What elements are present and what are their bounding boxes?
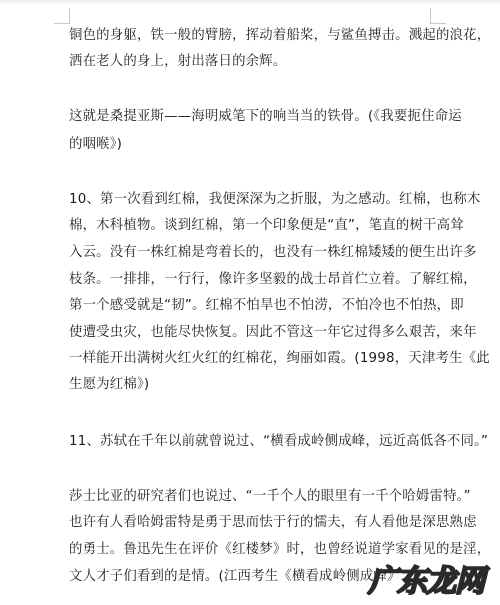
text-line: 这就是桑提亚斯——海明威笔下的响当当的铁骨。(《我要扼住命运 [69, 108, 462, 126]
text-line: 使遭受虫灾，也能尽快恢复。因此不管这一年它过得多么艰苦，来年 [69, 324, 477, 342]
text-line: 铜色的身躯，铁一般的臂膀，挥动着船桨，与鲨鱼搏击。溅起的浪花， [69, 27, 490, 45]
text-line: 10、第一次看到红棉，我便深深为之折服，为之感动。红棉，也称木 [69, 191, 481, 209]
text-line: 入云。没有一株红棉是弯着长的，也没有一株红棉矮矮的便生出许多 [69, 244, 477, 262]
text-line: 一样能开出满树火红火红的红棉花，绚丽如霞。(1998，天津考生《此 [69, 350, 490, 368]
page-top-shadow [0, 0, 500, 4]
text-line: 生愿为红棉》) [69, 376, 149, 394]
text-line: 洒在老人的身上，射出落日的余辉。 [69, 53, 286, 71]
text-line: 棉，木科植物。谈到红棉，第一个印象便是“直”，笔直的树干高耸 [69, 217, 464, 235]
text-line: 11、苏轼在千年以前就曾说过、“横看成岭侧成峰，远近高低各不同。” [69, 433, 488, 451]
text-line: 枝条。一排排，一行行，像许多坚毅的战士昂首伫立着。了解红棉， [69, 271, 477, 289]
site-watermark: 广东龙网 [368, 565, 484, 599]
margin-corner-mark-top-right [430, 8, 446, 24]
text-line: 第一个感受就是“韧”。红棉不怕旱也不怕涝，不怕冷也不怕热，即 [69, 297, 464, 315]
text-line: 也许有人看哈姆雷特是勇于思而怯于行的懦夫，有人看他是深思熟虑 [69, 514, 477, 532]
text-line: 的咽喉》) [69, 136, 122, 154]
text-line: 的勇士。鲁迅先生在评价《红楼梦》时，也曾经说道学家看见的是淫， [69, 541, 490, 559]
margin-corner-mark-top-left [54, 8, 70, 24]
text-line: 文人才子们看到的是情。(江西考生《横看成岭侧成峰》 [69, 568, 401, 586]
text-line: 莎士比亚的研究者们也说过、“一千个人的眼里有一千个哈姆雷特。” [69, 488, 471, 506]
